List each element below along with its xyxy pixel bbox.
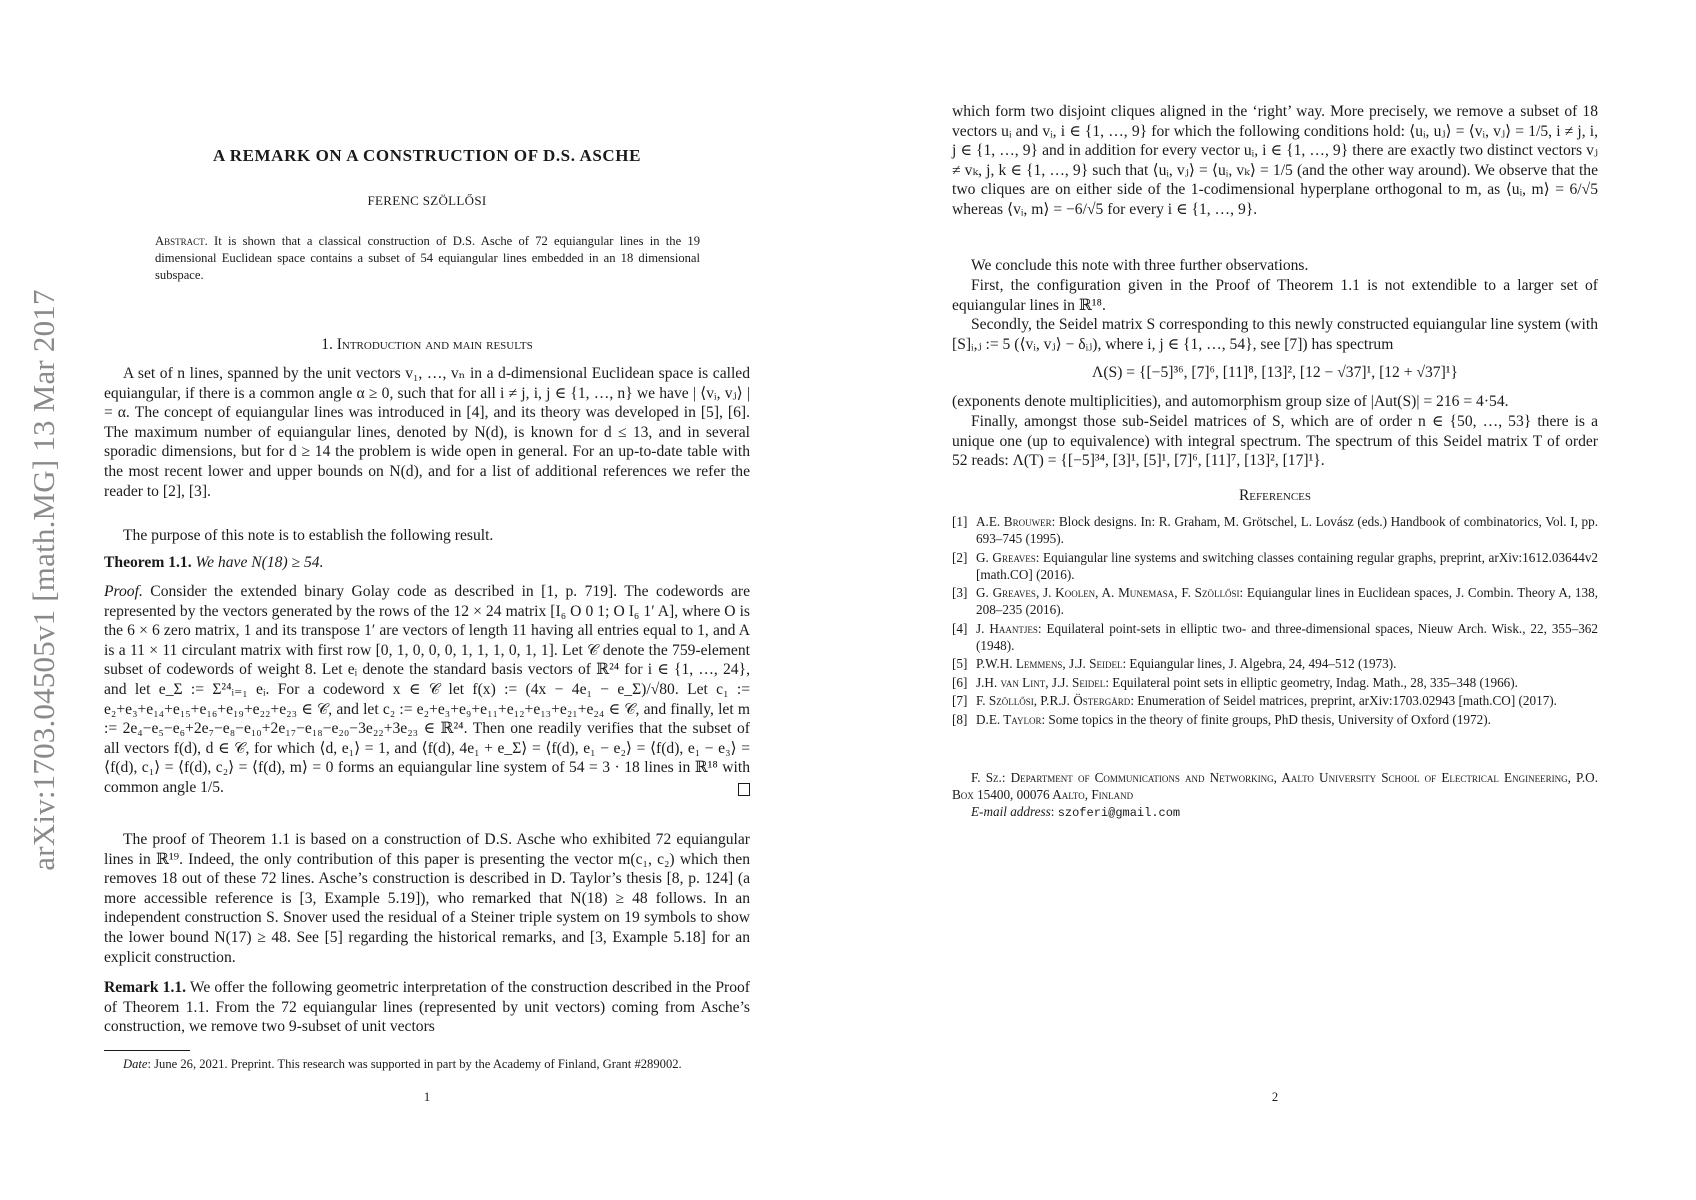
remark-continued: which form two disjoint cliques aligned … bbox=[952, 102, 1598, 220]
spectrum-equation: Λ(S) = {[−5]³⁶, [7]⁶, [11]⁸, [13]², [12 … bbox=[952, 364, 1598, 382]
remark-text: We offer the following geometric interpr… bbox=[104, 979, 750, 1035]
asche-paragraph: The proof of Theorem 1.1 is based on a c… bbox=[104, 830, 750, 967]
abstract-label: Abstract. bbox=[155, 234, 208, 248]
remark: Remark 1.1. We offer the following geome… bbox=[104, 978, 750, 1037]
reference-item: [5] P.W.H. Lemmens, J.J. Seidel: Equiang… bbox=[952, 655, 1598, 672]
purpose-paragraph: The purpose of this note is to establish… bbox=[104, 526, 750, 546]
author-address: F. Sz.: Department of Communications and… bbox=[952, 769, 1598, 822]
second-observation: Secondly, the Seidel matrix S correspond… bbox=[952, 315, 1598, 354]
paper-title: A REMARK ON A CONSTRUCTION OF D.S. ASCHE bbox=[104, 146, 750, 166]
email-label: E-mail address bbox=[971, 804, 1051, 819]
arxiv-stamp: arXiv:1703.04505v1 [math.MG] 13 Mar 2017 bbox=[14, 300, 74, 860]
paper-author: FERENC SZÖLLŐSI bbox=[104, 193, 750, 209]
email-line: E-mail address: szoferi@gmail.com bbox=[952, 803, 1598, 822]
qed-square-icon bbox=[738, 783, 750, 796]
theorem: Theorem 1.1. We have N(18) ≥ 54. bbox=[104, 553, 750, 573]
references-heading: References bbox=[952, 487, 1598, 505]
first-observation: First, the configuration given in the Pr… bbox=[952, 276, 1598, 315]
proof-text: Consider the extended binary Golay code … bbox=[104, 583, 750, 796]
footnote-text: : June 26, 2021. Preprint. This research… bbox=[147, 1057, 681, 1071]
page-number: 2 bbox=[952, 1090, 1598, 1105]
intro-paragraph: A set of n lines, spanned by the unit ve… bbox=[104, 364, 750, 501]
reference-item: [7] F. Szöllősi, P.R.J. Östergård: Enume… bbox=[952, 692, 1598, 709]
reference-item: [8] D.E. Taylor: Some topics in the theo… bbox=[952, 711, 1598, 728]
proof: Proof. Consider the extended binary Gola… bbox=[104, 582, 750, 798]
arxiv-stamp-text: arXiv:1703.04505v1 [math.MG] 13 Mar 2017 bbox=[26, 289, 62, 870]
proof-label: Proof. bbox=[104, 583, 143, 600]
footnote-rule bbox=[104, 1050, 190, 1051]
conclude-paragraph: We conclude this note with three further… bbox=[952, 256, 1598, 276]
reference-item: [4] J. Haantjes: Equilateral point-sets … bbox=[952, 620, 1598, 654]
finally-observation: Finally, amongst those sub-Seidel matric… bbox=[952, 412, 1598, 471]
section-heading: 1. Introduction and main results bbox=[104, 336, 750, 354]
abstract-text: It is shown that a classical constructio… bbox=[155, 234, 700, 282]
remark-label: Remark 1.1. bbox=[104, 979, 186, 996]
reference-item: [2] G. Greaves: Equiangular line systems… bbox=[952, 549, 1598, 583]
footnote: Date: June 26, 2021. Preprint. This rese… bbox=[104, 1056, 750, 1073]
reference-item: [3] G. Greaves, J. Koolen, A. Munemasa, … bbox=[952, 584, 1598, 618]
footnote-label: Date bbox=[123, 1057, 147, 1071]
reference-item: [6] J.H. van Lint, J.J. Seidel: Equilate… bbox=[952, 674, 1598, 691]
theorem-text: We have N(18) ≥ 54. bbox=[196, 554, 324, 571]
page-number: 1 bbox=[104, 1090, 750, 1105]
theorem-label: Theorem 1.1. bbox=[104, 554, 192, 571]
references-list: [1] A.E. Brouwer: Block designs. In: R. … bbox=[952, 513, 1598, 729]
email-address: szoferi@gmail.com bbox=[1058, 806, 1180, 820]
abstract: Abstract. It is shown that a classical c… bbox=[155, 233, 700, 284]
reference-item: [1] A.E. Brouwer: Block designs. In: R. … bbox=[952, 513, 1598, 547]
after-spectrum: (exponents denote multiplicities), and a… bbox=[952, 392, 1598, 412]
address-text: F. Sz.: Department of Communications and… bbox=[952, 769, 1598, 803]
